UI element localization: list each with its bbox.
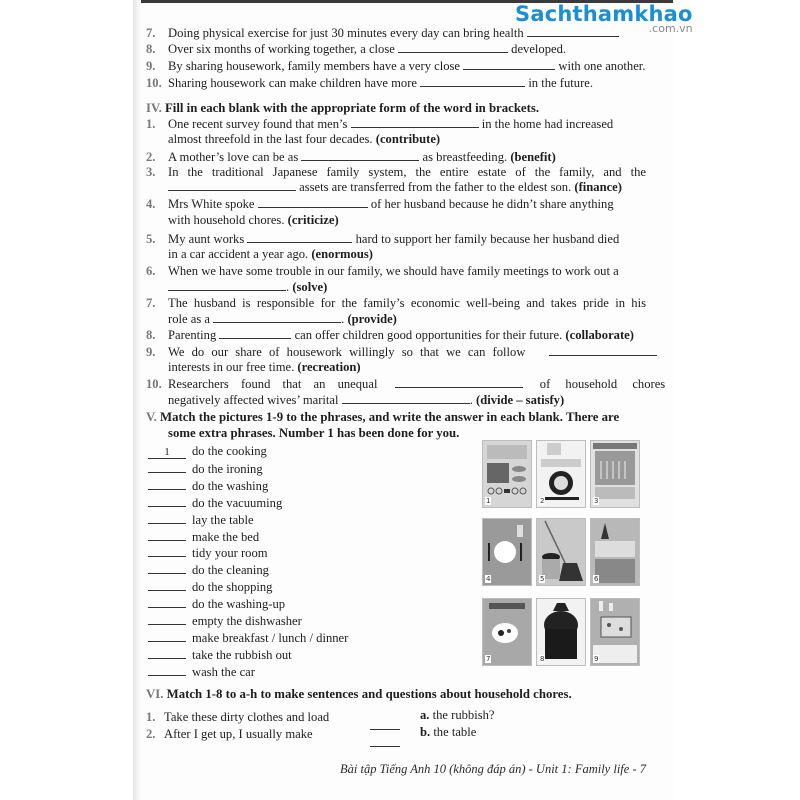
section-5-heading: V. Match the pictures 1-9 to the phrases… (146, 410, 619, 425)
phrase-text: do the cleaning (192, 563, 269, 577)
phrase-text: do the vacuuming (192, 496, 282, 510)
s4-item-8: 8.Parenting can offer children good oppo… (146, 328, 634, 343)
phrase-answer-blank[interactable] (148, 495, 186, 507)
picture-grid: 1 2 3 4 5 6 7 8 9 (478, 438, 643, 678)
phrase-text: make breakfast / lunch / dinner (192, 631, 348, 645)
phrase-item: do the washing (148, 478, 268, 494)
phrase-text: do the washing (192, 479, 268, 493)
phrase-item: wash the car (148, 664, 255, 680)
answer-blank[interactable] (168, 180, 296, 191)
phrase-item: tidy your room (148, 545, 268, 561)
picture-8-rubbish-bin: 8 (536, 598, 586, 666)
phrase-answer-blank[interactable] (148, 664, 186, 676)
phrase-text: lay the table (192, 513, 254, 527)
answer-blank[interactable] (247, 232, 352, 243)
answer-blank[interactable] (398, 42, 508, 53)
phrase-item: 1do the cooking (148, 444, 267, 459)
phrase-answer-blank[interactable] (148, 579, 186, 591)
s3-item-8: 8.Over six months of working together, a… (146, 42, 566, 57)
s4-item-1: 1.One recent survey found that men’s in … (146, 117, 613, 132)
picture-6-iron: 6 (590, 518, 640, 586)
picture-1-cooker: 1 (482, 440, 532, 508)
match-blank[interactable] (370, 736, 400, 747)
s6-option-a: a. the rubbish? (420, 708, 495, 723)
page-footer: Bài tập Tiếng Anh 10 (không đáp án) - Un… (340, 762, 646, 777)
s4-item-5: 5.My aunt works hard to support her fami… (146, 232, 619, 247)
answer-blank[interactable] (301, 150, 419, 161)
s3-item-10: 10.Sharing housework can make children h… (146, 76, 593, 91)
phrase-item: do the shopping (148, 579, 272, 595)
phrase-answer-blank[interactable] (148, 647, 186, 659)
phrase-text: do the shopping (192, 580, 272, 594)
picture-7-messy-plate: 7 (482, 598, 532, 666)
answer-blank[interactable] (527, 26, 619, 37)
s3-item-9: 9.By sharing housework, family members h… (146, 59, 645, 74)
phrase-answer-blank[interactable]: 1 (148, 447, 186, 459)
picture-2-washing-machine: 2 (536, 440, 586, 508)
answer-blank[interactable] (342, 393, 470, 404)
phrase-answer-blank[interactable] (148, 545, 186, 557)
picture-4-table-setting: 4 (482, 518, 532, 586)
phrase-text: do the cooking (192, 444, 267, 458)
s6-row-2: 2.After I get up, I usually make (146, 727, 313, 742)
phrase-answer-blank[interactable] (148, 596, 186, 608)
phrase-item: do the washing-up (148, 596, 285, 612)
phrase-text: take the rubbish out (192, 648, 292, 662)
s3-item-7: 7.Doing physical exercise for just 30 mi… (146, 26, 619, 41)
picture-3-dishwasher: 3 (590, 440, 640, 508)
answer-blank[interactable] (213, 312, 341, 323)
match-blank[interactable] (370, 719, 400, 730)
phrase-item: lay the table (148, 512, 254, 528)
phrase-item: make breakfast / lunch / dinner (148, 630, 348, 646)
phrase-item: empty the dishwasher (148, 613, 302, 629)
s4-item-7: 7.The husband is responsible for the fam… (146, 296, 646, 311)
answer-blank[interactable] (420, 76, 525, 87)
section-6-heading: VI. Match 1-8 to a-h to make sentences a… (146, 687, 572, 702)
answer-blank[interactable] (168, 280, 286, 291)
phrase-answer-blank[interactable] (148, 529, 186, 541)
phrase-answer-blank[interactable] (148, 461, 186, 473)
s6-option-b: b. the table (420, 725, 476, 740)
answer-blank[interactable] (395, 377, 523, 388)
s4-item-9: 9.We do our share of housework willingly… (146, 345, 657, 360)
phrase-text: do the washing-up (192, 597, 285, 611)
phrase-answer-blank[interactable] (148, 478, 186, 490)
answer-blank[interactable] (549, 345, 657, 356)
phrase-answer-blank[interactable] (148, 562, 186, 574)
phrase-item: take the rubbish out (148, 647, 292, 663)
phrase-text: tidy your room (192, 546, 268, 560)
phrase-text: empty the dishwasher (192, 614, 302, 628)
phrase-item: do the ironing (148, 461, 263, 477)
answer-blank[interactable] (463, 59, 555, 70)
phrase-text: do the ironing (192, 462, 263, 476)
s4-item-10: 10.Researchers found that an unequal of … (146, 377, 665, 392)
s4-item-2: 2.A mother’s love can be as as breastfee… (146, 150, 556, 165)
phrase-answer-blank[interactable] (148, 613, 186, 625)
phrase-answer-blank[interactable] (148, 512, 186, 524)
picture-5-broom: 5 (536, 518, 586, 586)
s4-item-4: 4.Mrs White spoke of her husband because… (146, 197, 614, 212)
answer-blank[interactable] (219, 328, 291, 339)
s4-item-3: 3.In the traditional Japanese family sys… (146, 165, 646, 180)
phrase-answer-blank[interactable] (148, 630, 186, 642)
section-4-heading: IV. Fill in each blank with the appropri… (146, 101, 539, 116)
phrase-item: make the bed (148, 529, 259, 545)
phrase-text: wash the car (192, 665, 255, 679)
s6-row-1: 1.Take these dirty clothes and load (146, 710, 329, 725)
picture-9-dirty-tray: 9 (590, 598, 640, 666)
phrase-item: do the vacuuming (148, 495, 282, 511)
answer-blank[interactable] (258, 197, 368, 208)
page-binding-shadow (133, 0, 141, 800)
phrase-item: do the cleaning (148, 562, 269, 578)
s4-item-6: 6.When we have some trouble in our famil… (146, 264, 619, 279)
phrase-text: make the bed (192, 530, 259, 544)
answer-blank[interactable] (351, 117, 479, 128)
